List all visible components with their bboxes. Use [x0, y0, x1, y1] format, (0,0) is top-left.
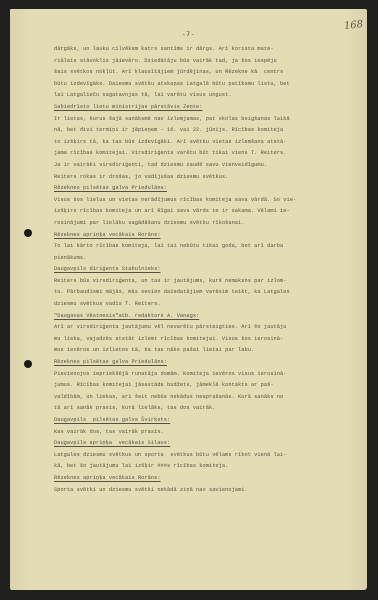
body-line: To lai kārto rīcības komiteja, lai tai n…: [54, 241, 354, 253]
body-line: lai Latgalieču sagatavojas tā, lai varēt…: [54, 90, 354, 102]
body-line: tā arī sanāk prasis, kurā lielāks, tas d…: [54, 403, 354, 415]
body-line: izšķirs rīcības komiteja un arī Rīgai sa…: [54, 206, 354, 218]
punch-hole-icon: [24, 360, 32, 368]
speaker-heading: Rēzeknes apriņķa vecākais Rorāns:: [54, 473, 354, 485]
speaker-heading: Daugavpils diriģents Stabulnieks:: [54, 264, 354, 276]
body-line: dārgāks, un lauku cilvēkam katrs santīms…: [54, 44, 354, 56]
speaker-heading: Rēzeknes pilsētas galva Priedulāns:: [54, 183, 354, 195]
body-line: tu. Pārbaudīsmi mājās, mās sevien daieda…: [54, 287, 354, 299]
speaker-heading: Rēzeknes pilsētas galva Priedulāns:: [54, 357, 354, 369]
body-line: rosinājumi par lielāku sagādāšanu dziesm…: [54, 218, 354, 230]
body-line: Latgales dziesmu svētkus un sporta svētk…: [54, 450, 354, 462]
body-line: Sporta svētki un dziesmu svētki nekādā z…: [54, 485, 354, 497]
punch-hole-icon: [24, 229, 32, 237]
speaker-heading: Sabiedrīsto lietu ministrijas pārstāvis …: [54, 102, 354, 114]
handwritten-archive-number: 168: [343, 19, 363, 32]
scanned-document: -7- 168 dārgāks, un lauku cilvēkam katrs…: [0, 0, 378, 600]
speaker-heading: Daugavpils pilsētas galva Švirksts:: [54, 415, 354, 427]
speaker-heading: "Daugavas Vēstnesis"atb. redaktors A. Va…: [54, 311, 354, 323]
body-line: Visus šos lielus un vietas nerādījumus r…: [54, 195, 354, 207]
typewritten-body: dārgāks, un lauku cilvēkam katrs santīms…: [54, 44, 354, 496]
body-line: Ir lietas, kurus šajā sanāksmē nav izlem…: [54, 114, 354, 126]
body-line: Reiters rokas ir drošas, jo vadījušas dz…: [54, 172, 354, 184]
speaker-heading: Rēzeknes apriņķa vecākais Rorāns:: [54, 230, 354, 242]
body-line: Kas vairāk dos, tas vairāk prasīs.: [54, 427, 354, 439]
page-number: -7-: [10, 30, 367, 38]
body-line: Arī ar virsdiriģenta jautājumu vēl nevar…: [54, 322, 354, 334]
body-line: valdībām, un liekas, arī šeit nebūs nekā…: [54, 392, 354, 404]
body-line: mu lieka, vajadzēs atstāt izlemt rīcības…: [54, 334, 354, 346]
paper-page: -7- 168 dārgāks, un lauku cilvēkam katrs…: [10, 9, 367, 590]
body-line: šais svētkos nokļūt. Arī klausītājiem jū…: [54, 67, 354, 79]
speaker-heading: Daugavpils apriņķa vecākais Silavs:: [54, 438, 354, 450]
body-line: riālais stāvoklis jāievēro. Dziedātāju b…: [54, 56, 354, 68]
body-line: dziesmu svētkus vadīs T. Reiters.: [54, 299, 354, 311]
body-line: pienākums.: [54, 253, 354, 265]
body-line: jumus. Rīcības komitejai jāsastāda budže…: [54, 380, 354, 392]
body-line: Ja ir vairāki virsdiriģenti, tad dziesmu…: [54, 160, 354, 172]
body-line: būtu izdevīgāks. Daiesmu svētku atskaņas…: [54, 79, 354, 91]
body-line: nā, bet divi termiņi ir jāpieņem - 16. v…: [54, 125, 354, 137]
body-line: Reiters būs virsdiriģents, un tas ir jau…: [54, 276, 354, 288]
body-line: kā, bet šo jautājumu lai izšķir ###s rīc…: [54, 461, 354, 473]
body-line: to izšķirs tā, ka tas būs izdevīgāki. Ar…: [54, 137, 354, 149]
body-line: Pievienojos iepriekšējā runatāja domām. …: [54, 369, 354, 381]
body-line: jama rīcības komitejai. Virsdiriģents va…: [54, 148, 354, 160]
body-line: mus ievēros un izlietos tā, ka tas nāks …: [54, 345, 354, 357]
